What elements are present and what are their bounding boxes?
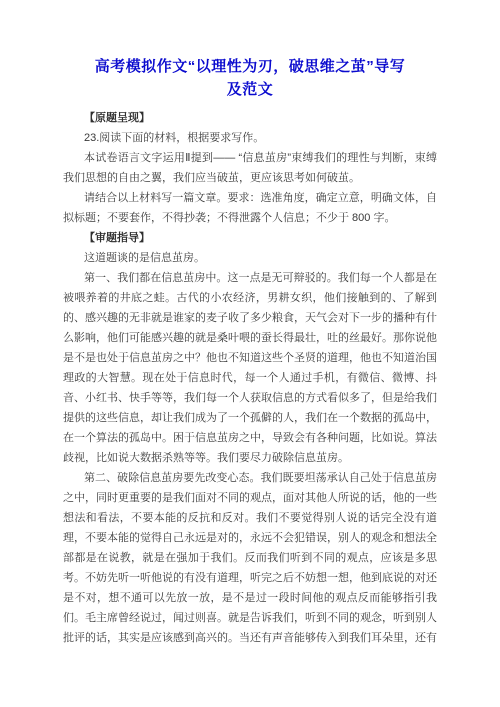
section-topic-guidance: 【审题指导】 这道题谈的是信息茧房。 第一、我们都在信息茧房中。这一点是无可辩驳… — [63, 228, 437, 648]
paragraph: 本试卷语言文字运用Ⅱ提到—— “信息茧房”束缚我们的理性与判断，束缚我们思想的自… — [63, 148, 437, 188]
paragraph: 第一、我们都在信息茧房中。这一点是无可辩驳的。我们每一个人都是在被喂养着的井底之… — [63, 268, 437, 468]
page-title: 高考模拟作文“以理性为刃，破思维之茧”导写 及范文 — [63, 55, 437, 101]
paragraph: 请结合以上材料写一篇文章。要求：选准角度，确定立意，明确文体，自拟标题；不要套作… — [63, 188, 437, 228]
section-heading-topic-guidance: 【审题指导】 — [63, 228, 437, 248]
page-title-line-2: 及范文 — [63, 78, 437, 101]
paragraph: 第二、破除信息茧房要先改变心态。我们既要坦荡承认自己处于信息茧房之中，同时更重要… — [63, 468, 437, 648]
document-page: 高考模拟作文“以理性为刃，破思维之茧”导写 及范文 【原题呈现】 23.阅读下面… — [0, 0, 500, 707]
page-title-line-1: 高考模拟作文“以理性为刃，破思维之茧”导写 — [63, 55, 437, 78]
section-heading-original-question: 【原题呈现】 — [63, 108, 437, 128]
paragraph: 23.阅读下面的材料，根据要求写作。 — [63, 128, 437, 148]
section-original-question: 【原题呈现】 23.阅读下面的材料，根据要求写作。 本试卷语言文字运用Ⅱ提到——… — [63, 108, 437, 228]
paragraph: 这道题谈的是信息茧房。 — [63, 248, 437, 268]
